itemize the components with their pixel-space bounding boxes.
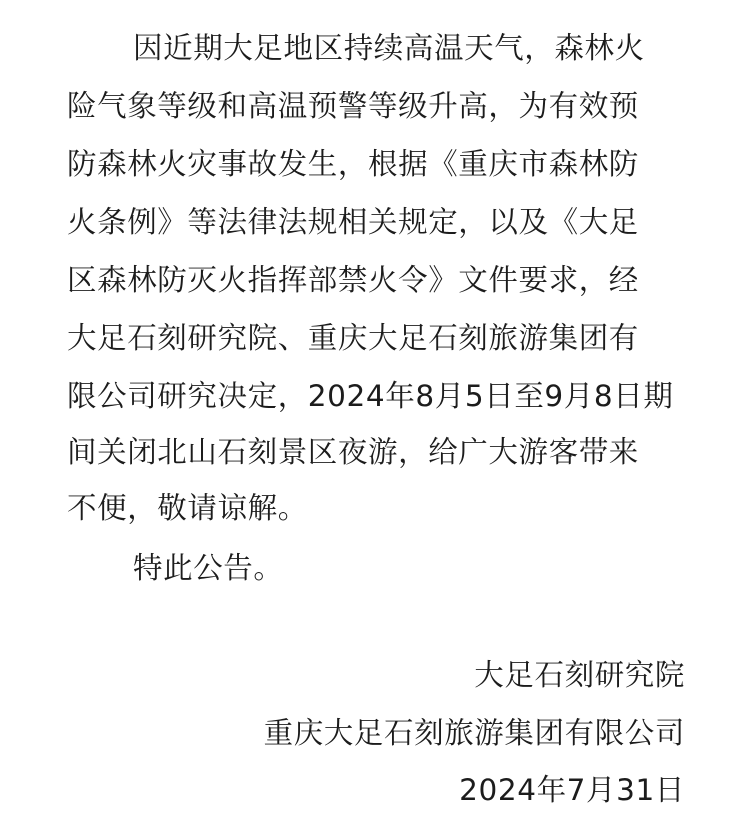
notice-date: 2024年7月31日 bbox=[67, 761, 685, 819]
signature-institute: 大足石刻研究院 bbox=[67, 646, 685, 704]
body-line-6: 大足石刻研究院、重庆大足石刻旅游集团有 bbox=[67, 309, 685, 367]
signature-company: 重庆大足石刻旅游集团有限公司 bbox=[67, 704, 685, 762]
body-line-2: 险气象等级和高温预警等级升高，为有效预 bbox=[67, 77, 685, 135]
body-line-9: 不便，敬请谅解。 bbox=[67, 479, 685, 537]
body-line-7: 限公司研究决定，2024年8月5日至9月8日期 bbox=[67, 367, 685, 425]
body-line-4: 火条例》等法律法规相关规定，以及《大足 bbox=[67, 193, 685, 251]
body-line-8: 间关闭北山石刻景区夜游，给广大游客带来 bbox=[67, 423, 685, 481]
body-line-5: 区森林防灭火指挥部禁火令》文件要求，经 bbox=[67, 251, 685, 309]
body-line-1: 因近期大足地区持续高温天气，森林火 bbox=[67, 19, 685, 77]
body-line-3: 防森林火灾事故发生，根据《重庆市森林防 bbox=[67, 135, 685, 193]
closing-statement: 特此公告。 bbox=[67, 539, 685, 597]
